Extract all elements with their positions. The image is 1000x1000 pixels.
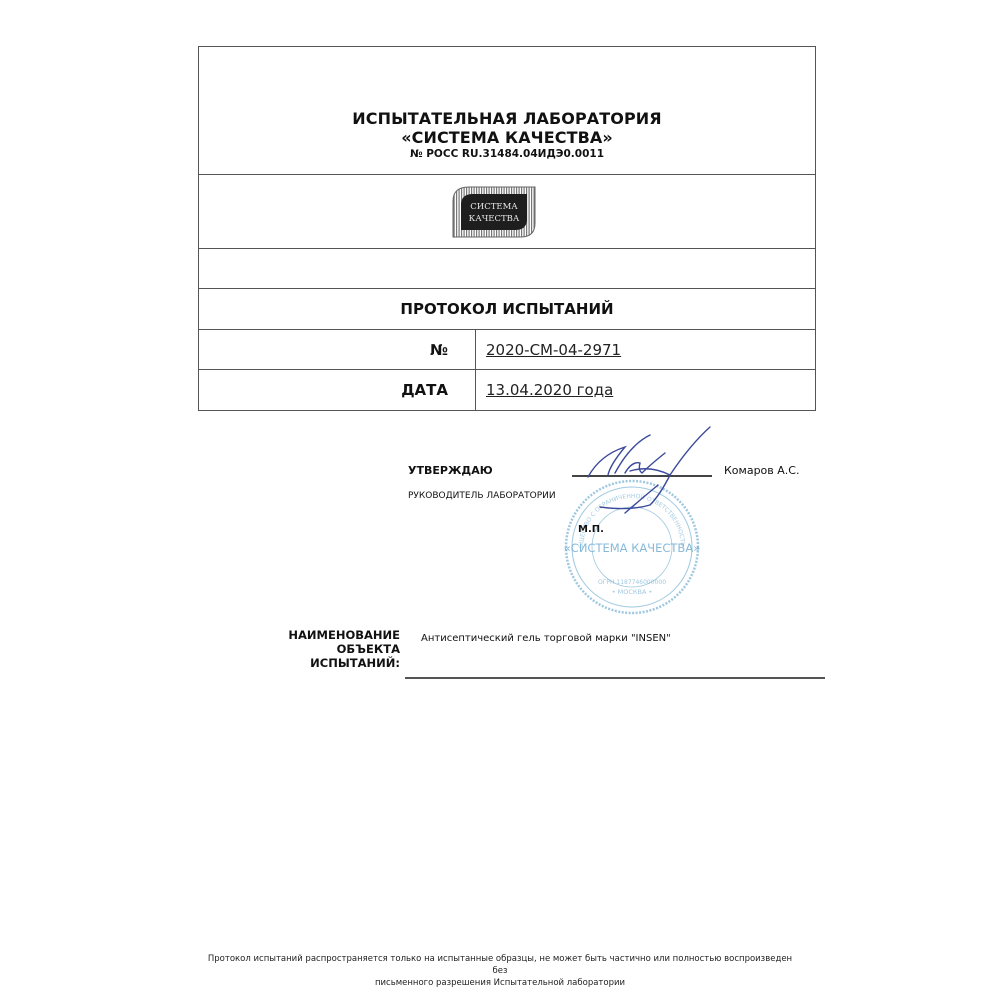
signature-icon — [570, 425, 720, 525]
approver-role: РУКОВОДИТЕЛЬ ЛАБОРАТОРИИ — [408, 491, 556, 501]
seal-place-label: М.П. — [578, 524, 604, 535]
svg-text:«СИСТЕМА КАЧЕСТВА»: «СИСТЕМА КАЧЕСТВА» — [564, 541, 700, 555]
test-object-label-line1: НАИМЕНОВАНИЕ ОБЪЕКТА — [230, 628, 400, 656]
protocol-number-row: № 2020-СМ-04-2971 — [199, 330, 815, 370]
lab-registration: № РОСС RU.31484.04ИДЭ0.0011 — [199, 148, 815, 160]
test-object-label-line2: ИСПЫТАНИЙ: — [230, 656, 400, 670]
lab-title-line2: «СИСТЕМА КАЧЕСТВА» — [199, 128, 815, 147]
test-object-underline — [405, 677, 825, 679]
header-table: ИСПЫТАТЕЛЬНАЯ ЛАБОРАТОРИЯ «СИСТЕМА КАЧЕС… — [198, 46, 816, 411]
logo-row: СИСТЕМА КАЧЕСТВА — [199, 175, 815, 249]
lab-header-row: ИСПЫТАТЕЛЬНАЯ ЛАБОРАТОРИЯ «СИСТЕМА КАЧЕС… — [199, 47, 815, 175]
number-value: 2020-СМ-04-2971 — [486, 330, 621, 369]
svg-text:• МОСКВА •: • МОСКВА • — [612, 588, 653, 596]
number-label: № — [199, 330, 476, 369]
approve-label: УТВЕРЖДАЮ — [408, 464, 493, 477]
signer-name: Комаров А.С. — [724, 464, 799, 477]
svg-text:ОГРН 1187746000000: ОГРН 1187746000000 — [598, 579, 666, 586]
protocol-title: ПРОТОКОЛ ИСПЫТАНИЙ — [199, 300, 815, 318]
date-value: 13.04.2020 года — [486, 370, 613, 410]
lab-title-line1: ИСПЫТАТЕЛЬНАЯ ЛАБОРАТОРИЯ — [199, 109, 815, 128]
svg-text:СИСТЕМА: СИСТЕМА — [470, 202, 518, 212]
test-object-label: НАИМЕНОВАНИЕ ОБЪЕКТА ИСПЫТАНИЙ: — [230, 628, 400, 670]
protocol-title-row: ПРОТОКОЛ ИСПЫТАНИЙ — [199, 289, 815, 330]
blank-row — [199, 249, 815, 289]
lab-logo-icon: СИСТЕМА КАЧЕСТВА — [451, 185, 537, 239]
lab-title: ИСПЫТАТЕЛЬНАЯ ЛАБОРАТОРИЯ «СИСТЕМА КАЧЕС… — [199, 109, 815, 147]
footer-disclaimer: Протокол испытаний распространяется толь… — [200, 953, 800, 989]
svg-text:КАЧЕСТВА: КАЧЕСТВА — [469, 214, 520, 224]
footer-line2: письменного разрешения Испытательной лаб… — [200, 977, 800, 989]
test-object-value: Антисептический гель торговой марки "INS… — [421, 633, 671, 644]
footer-line1: Протокол испытаний распространяется толь… — [200, 953, 800, 977]
protocol-date-row: ДАТА 13.04.2020 года — [199, 370, 815, 410]
date-label: ДАТА — [199, 370, 476, 410]
